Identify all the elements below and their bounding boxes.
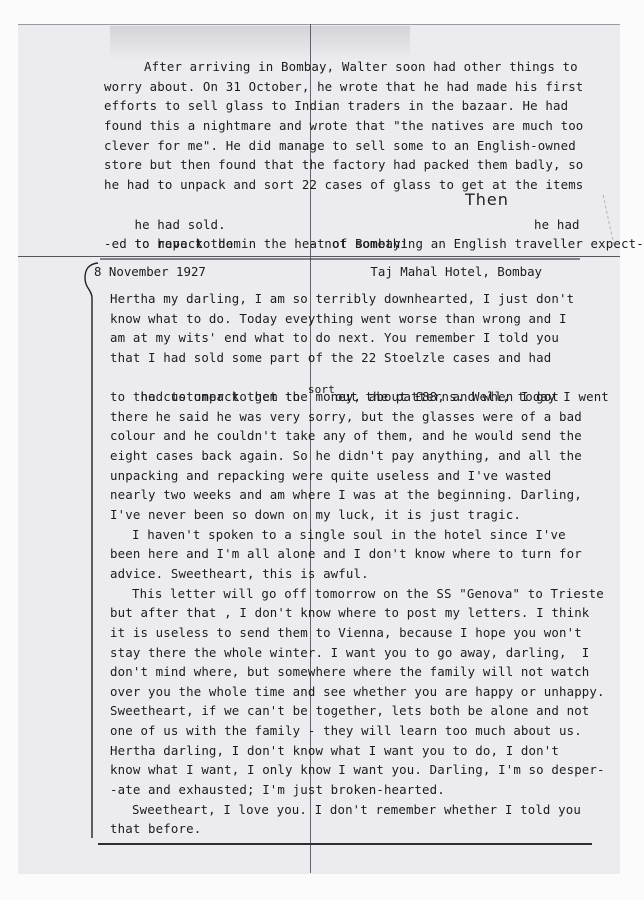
letter-line: know what I want, I only know I want you… xyxy=(110,760,590,780)
letter-line: -ate and exhausted; I'm just broken-hear… xyxy=(110,780,590,800)
letter-date: 8 November 1927 xyxy=(94,264,206,279)
letter-line: know what to do. Today eveything went wo… xyxy=(110,309,590,329)
letter-line: that before. xyxy=(110,819,590,839)
handwritten-insert: Then xyxy=(465,190,509,209)
intro-line: he had sold.he had xyxy=(104,195,604,215)
letter-line: but after that , I don't know where to p… xyxy=(110,603,590,623)
letter-bottom-rule xyxy=(98,843,592,845)
letter-bracket xyxy=(82,260,100,840)
intro-line: he had to unpack and sort 22 cases of gl… xyxy=(104,175,604,195)
letter-line: I haven't spoken to a single soul in the… xyxy=(110,525,590,545)
letter-line: don't mind where, but somewhere where th… xyxy=(110,662,590,682)
intro-line-text: he had sold. xyxy=(134,217,225,232)
intro-line: store but then found that the factory ha… xyxy=(104,155,604,175)
letter-line: Hertha my darling, I am so terribly down… xyxy=(110,289,590,309)
letter-line: Sweetheart, if we can't be together, let… xyxy=(110,701,590,721)
letter-line: nearly two weeks and am where I was at t… xyxy=(110,485,590,505)
section-divider xyxy=(18,256,620,257)
letter-line: to the customer to get the money, about … xyxy=(110,387,590,407)
letter-line: stay there the whole winter. I want you … xyxy=(110,643,590,663)
letter-line: colour and he couldn't take any of them,… xyxy=(110,426,590,446)
intro-line: After arriving in Bombay, Walter soon ha… xyxy=(104,57,604,77)
letter-header: 8 November 1927 Taj Mahal Hotel, Bombay xyxy=(94,264,554,282)
letter-line: it is useless to send them to Vienna, be… xyxy=(110,623,590,643)
letter-line: Hertha darling, I don't know what I want… xyxy=(110,741,590,761)
letter-line: eight cases back again. So he didn't pay… xyxy=(110,446,590,466)
photocopy-smudge xyxy=(110,26,410,60)
letter-body: Hertha my darling, I am so terribly down… xyxy=(110,289,590,839)
intro-line: efforts to sell glass to Indian traders … xyxy=(104,96,604,116)
letter-line: I've never been so down on my luck, it i… xyxy=(110,505,590,525)
letter-line: am at my wits' end what to do next. You … xyxy=(110,328,590,348)
letter-line: over you the whole time and see whether … xyxy=(110,682,590,702)
letter-place: Taj Mahal Hotel, Bombay xyxy=(370,264,542,279)
intro-line: found this a nightmare and wrote that "t… xyxy=(104,116,604,136)
intro-line: worry about. On 31 October, he wrote tha… xyxy=(104,77,604,97)
letter-line: that I had sold some part of the 22 Stoe… xyxy=(110,348,590,368)
letter-line: unpacking and repacking were quite usele… xyxy=(110,466,590,486)
section-divider-underline xyxy=(100,258,580,260)
typed-insert: sort xyxy=(308,383,335,396)
letter-line: advice. Sweetheart, this is awful. xyxy=(110,564,590,584)
intro-narrative: After arriving in Bombay, Walter soon ha… xyxy=(104,57,604,254)
letter-line: This letter will go off tomorrow on the … xyxy=(110,584,590,604)
letter-line: Sweetheart, I love you. I don't remember… xyxy=(110,800,590,820)
letter-line: one of us with the family - they will le… xyxy=(110,721,590,741)
letter-line: been here and I'm all alone and I don't … xyxy=(110,544,590,564)
letter-line: there he said he was very sorry, but the… xyxy=(110,407,590,427)
intro-line-tail: he had xyxy=(534,215,580,235)
intro-line: clever for me". He did manage to sell so… xyxy=(104,136,604,156)
letter-line: had to unpack them to sortout the patter… xyxy=(110,368,590,388)
